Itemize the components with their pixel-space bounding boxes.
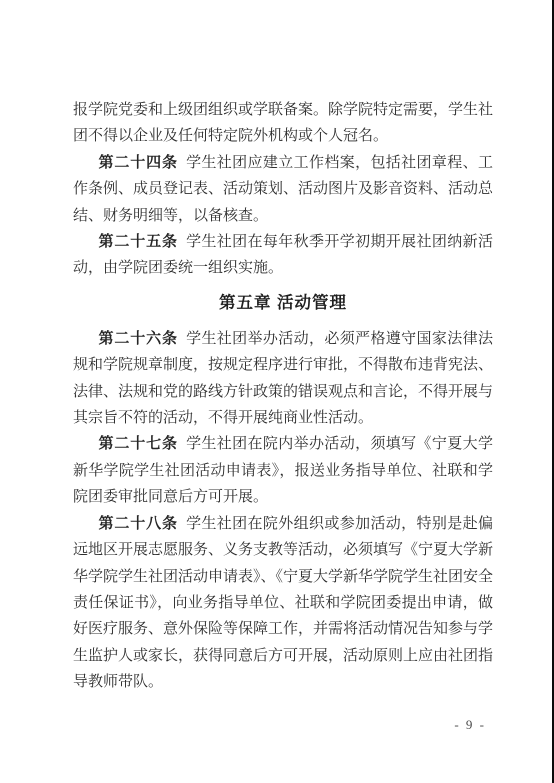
- article-number-27: 第二十七条: [99, 436, 178, 452]
- article-number-25: 第二十五条: [99, 234, 178, 250]
- document-page: 报学院党委和上级团组织或学联备案。除学院特定需要，学生社团不得以企业及任何特定院…: [0, 0, 554, 783]
- article-number-26: 第二十六条: [99, 331, 178, 347]
- article-paragraph-27: 第二十七条学生社团在院内举办活动，须填写《宁夏大学新华学院学生社团活动申请表》，…: [73, 431, 493, 510]
- chapter-heading: 第五章 活动管理: [73, 290, 493, 316]
- page-number: - 9 -: [454, 717, 486, 733]
- article-text-28: 学生社团在院外组织或参加活动，特别是赴偏远地区开展志愿服务、义务支教等活动，必须…: [73, 516, 493, 690]
- article-paragraph-26: 第二十六条学生社团举办活动，必须严格遵守国家法律法规和学院规章制度，按规定程序进…: [73, 326, 493, 432]
- article-paragraph-28: 第二十八条学生社团在院外组织或参加活动，特别是赴偏远地区开展志愿服务、义务支教等…: [73, 511, 493, 696]
- article-number-28: 第二十八条: [99, 516, 178, 532]
- document-body: 报学院党委和上级团组织或学联备案。除学院特定需要，学生社团不得以企业及任何特定院…: [73, 97, 493, 696]
- article-number-24: 第二十四条: [99, 155, 178, 171]
- paragraph-continuation: 报学院党委和上级团组织或学联备案。除学院特定需要，学生社团不得以企业及任何特定院…: [73, 97, 493, 150]
- article-paragraph-25: 第二十五条学生社团在每年秋季开学初期开展社团纳新活动，由学院团委统一组织实施。: [73, 229, 493, 282]
- article-paragraph-24: 第二十四条学生社团应建立工作档案，包括社团章程、工作条例、成员登记表、活动策划、…: [73, 150, 493, 229]
